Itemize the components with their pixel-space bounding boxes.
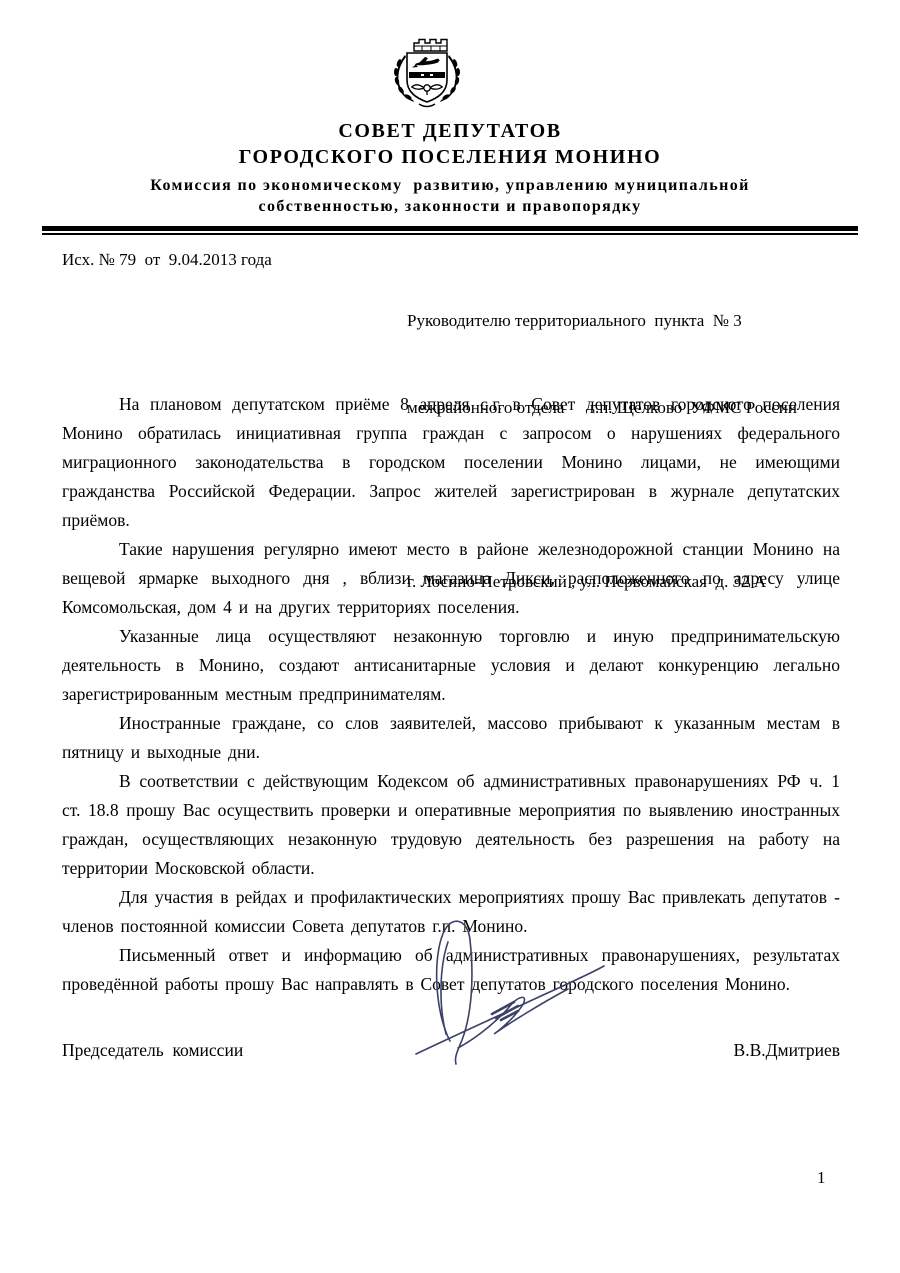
coat-of-arms-icon	[388, 36, 466, 114]
committee-name-line2: собственностью, законности и правопорядк…	[0, 196, 900, 217]
signer-role: Председатель комиссии	[62, 1040, 243, 1061]
org-name-line2: ГОРОДСКОГО ПОСЕЛЕНИЯ МОНИНО	[0, 144, 900, 170]
body-paragraph-1: На плановом депутатском приёме 8 апреля …	[62, 390, 840, 535]
signature-row: Председатель комиссии В.В.Дмитриев	[62, 1040, 840, 1061]
header-divider-rule	[42, 226, 858, 235]
body-paragraph-2: Такие нарушения регулярно имеют место в …	[62, 535, 840, 622]
body-paragraph-4: Иностранные граждане, со слов заявителей…	[62, 709, 840, 767]
addressee-line1: Руководителю территориального пункта № 3	[407, 306, 797, 335]
committee-name-line1: Комиссия по экономическому развитию, упр…	[0, 175, 900, 196]
letter-page: СОВЕТ ДЕПУТАТОВ ГОРОДСКОГО ПОСЕЛЕНИЯ МОН…	[0, 0, 900, 1273]
body-paragraph-5: В соответствии с действующим Кодексом об…	[62, 767, 840, 883]
body-paragraph-3: Указанные лица осуществляют незаконную т…	[62, 622, 840, 709]
letterhead: СОВЕТ ДЕПУТАТОВ ГОРОДСКОГО ПОСЕЛЕНИЯ МОН…	[0, 0, 900, 235]
signer-name: В.В.Дмитриев	[734, 1040, 840, 1061]
page-number: 1	[817, 1168, 826, 1188]
outgoing-reference: Исх. № 79 от 9.04.2013 года	[62, 250, 272, 270]
org-name-line1: СОВЕТ ДЕПУТАТОВ	[0, 118, 900, 144]
letter-body: На плановом депутатском приёме 8 апреля …	[62, 390, 840, 999]
